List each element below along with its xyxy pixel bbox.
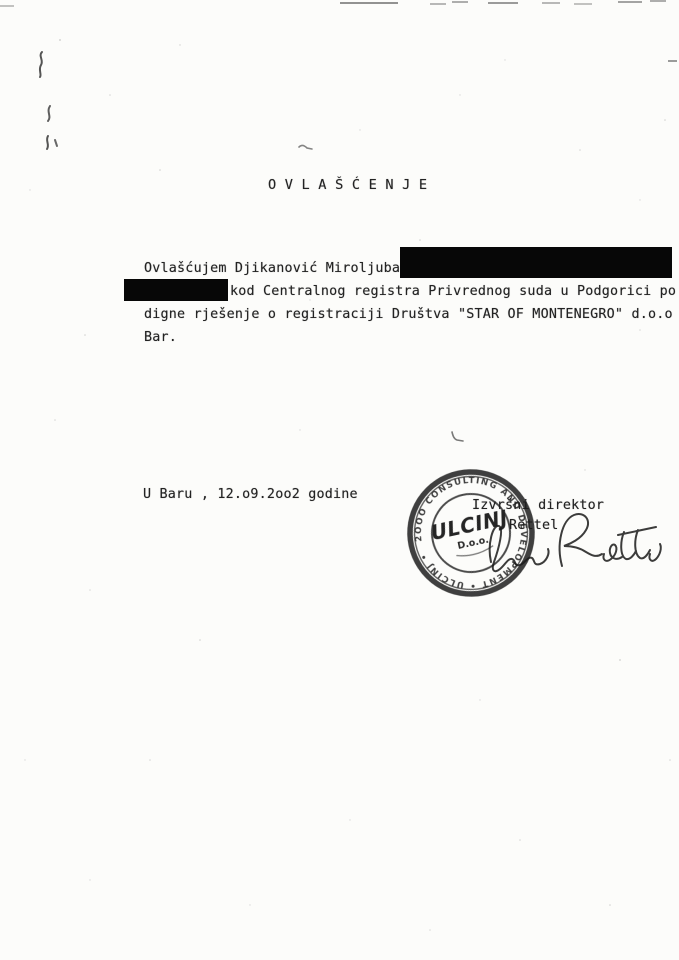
body-line-3: digne rješenje o registraciji Društva "S… (144, 307, 673, 323)
margin-ink-marks (40, 52, 57, 149)
paper-speckles (24, 39, 671, 931)
document-title: O V L A Š Ć E N J E (268, 177, 427, 193)
date-line: U Baru , 12.o9.2oo2 godine (143, 487, 358, 503)
document-page: O V L A Š Ć E N J E Ovlašćujem Djikanovi… (0, 0, 679, 960)
handwritten-signature (466, 502, 666, 584)
body-line-2: kod Centralnog registra Privrednog suda … (230, 284, 676, 300)
redaction-bar-2 (124, 279, 228, 301)
body-line-4: Bar. (144, 330, 177, 346)
stray-mark-upper (299, 145, 312, 149)
stray-mark-middle (452, 432, 463, 441)
redaction-bar-1 (400, 247, 672, 278)
body-line-1: Ovlašćujem Djikanović Miroljuba (144, 261, 400, 277)
scan-artifacts (0, 0, 679, 960)
